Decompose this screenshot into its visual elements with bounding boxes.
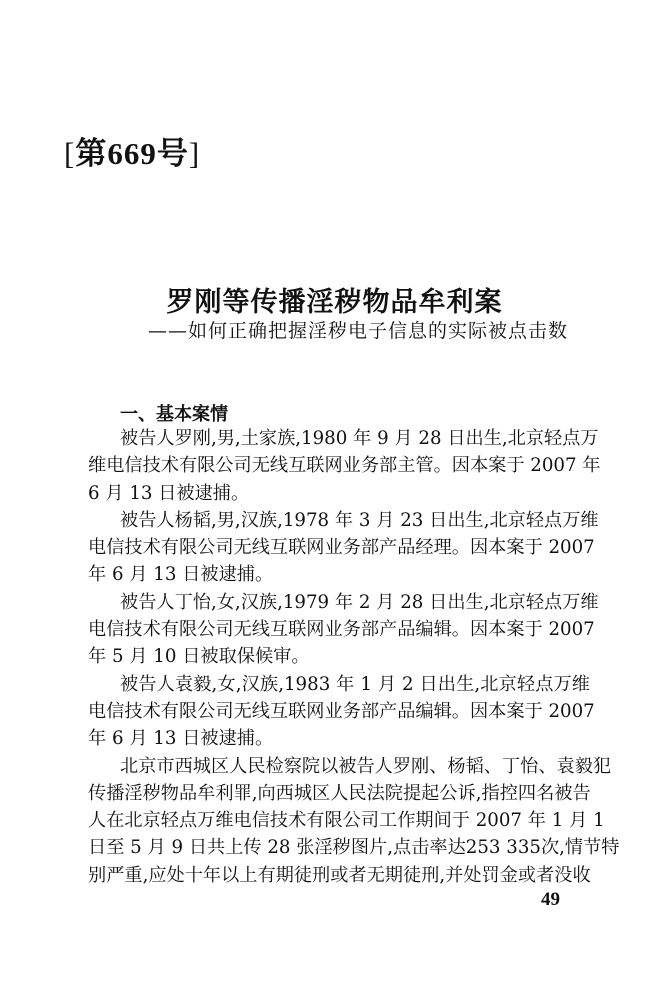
text-line: 电信技术有限公司无线互联网业务部产品编辑。因本案于 2007 <box>88 698 590 725</box>
text-line: 日至 5 月 9 日共上传 28 张淫秽图片,点击率达253 335次,情节特 <box>88 834 590 861</box>
text-line: 被告人丁怡,女,汉族,1979 年 2 月 28 日出生,北京轻点万维 <box>88 589 590 616</box>
case-subtitle: ——如何正确把握淫秽电子信息的实际被点击数 <box>148 316 568 343</box>
case-number-label: 第669号 <box>75 136 189 171</box>
paragraph-defendant-yuan-yi: 被告人袁毅,女,汉族,1983 年 1 月 2 日出生,北京轻点万维 电信技术有… <box>88 671 590 753</box>
paragraph-defendant-ding-yi: 被告人丁怡,女,汉族,1979 年 2 月 28 日出生,北京轻点万维 电信技术… <box>88 589 590 671</box>
text-line: 北京市西城区人民检察院以被告人罗刚、杨韬、丁怡、袁毅犯 <box>88 753 590 780</box>
case-number-close-bracket: ] <box>189 136 200 171</box>
text-line: 电信技术有限公司无线互联网业务部产品经理。因本案于 2007 <box>88 534 590 561</box>
text-line: 电信技术有限公司无线互联网业务部产品编辑。因本案于 2007 <box>88 616 590 643</box>
paragraph-defendant-yang-tao: 被告人杨韬,男,汉族,1978 年 3 月 23 日出生,北京轻点万维 电信技术… <box>88 507 590 589</box>
text-line: 被告人袁毅,女,汉族,1983 年 1 月 2 日出生,北京轻点万维 <box>88 671 590 698</box>
text-line: 被告人杨韬,男,汉族,1978 年 3 月 23 日出生,北京轻点万维 <box>88 507 590 534</box>
body-text: 被告人罗刚,男,土家族,1980 年 9 月 28 日出生,北京轻点万 维电信技… <box>88 425 590 889</box>
section-heading: 一、基本案情 <box>120 400 228 426</box>
text-line: 年 6 月 13 日被逮捕。 <box>88 561 590 588</box>
text-line: 被告人罗刚,男,土家族,1980 年 9 月 28 日出生,北京轻点万 <box>88 425 590 452</box>
paragraph-prosecution: 北京市西城区人民检察院以被告人罗刚、杨韬、丁怡、袁毅犯 传播淫秽物品牟利罪,向西… <box>88 753 590 889</box>
text-line: 别严重,应处十年以上有期徒刑或者无期徒刑,并处罚金或者没收 <box>88 862 590 889</box>
text-line: 6 月 13 日被逮捕。 <box>88 480 590 507</box>
case-title: 罗刚等传播淫秽物品牟利案 <box>0 280 669 319</box>
page-number: 49 <box>541 889 560 911</box>
paragraph-defendant-luo-gang: 被告人罗刚,男,土家族,1980 年 9 月 28 日出生,北京轻点万 维电信技… <box>88 425 590 507</box>
text-line: 年 6 月 13 日被逮捕。 <box>88 725 590 752</box>
text-line: 维电信技术有限公司无线互联网业务部主管。因本案于 2007 年 <box>88 452 590 479</box>
text-line: 人在北京轻点万维电信技术有限公司工作期间于 2007 年 1 月 1 <box>88 807 590 834</box>
text-line: 年 5 月 10 日被取保候审。 <box>88 643 590 670</box>
case-number-open-bracket: [ <box>64 136 75 171</box>
text-line: 传播淫秽物品牟利罪,向西城区人民法院提起公诉,指控四名被告 <box>88 780 590 807</box>
case-number: [第669号] <box>64 128 200 173</box>
